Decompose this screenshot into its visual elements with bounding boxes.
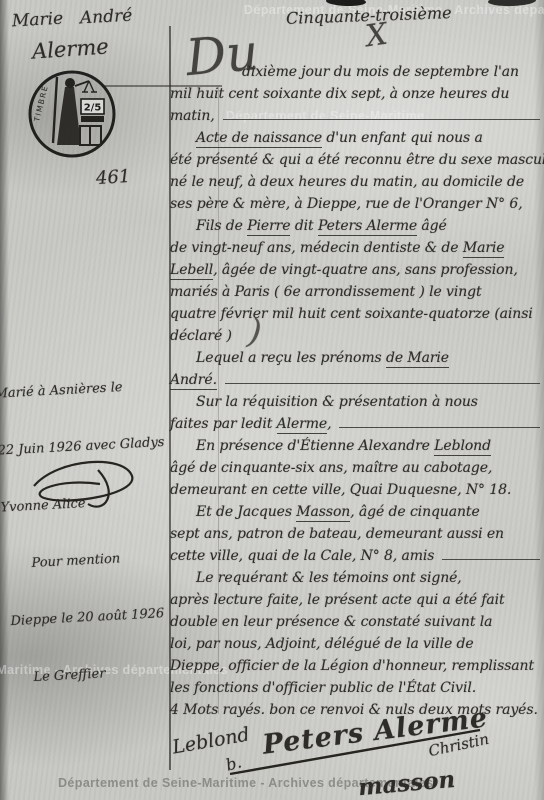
manuscript-line: Le requérant & les témoins ont signé, xyxy=(170,570,542,592)
manuscript-text: Lebell xyxy=(170,262,213,280)
manuscript-text: âgé xyxy=(417,218,447,234)
manuscript-text: après lecture faite, le présent acte qui… xyxy=(170,592,505,608)
manuscript-line: Lequel a reçu les prénoms de Marie xyxy=(170,350,542,372)
margin-given-name-1: Marie xyxy=(12,9,64,32)
manuscript-text: âgé de cinquante-six ans, maître au cabo… xyxy=(170,460,492,476)
manuscript-text: matin, xyxy=(170,108,215,124)
manuscript-text: Masson xyxy=(296,504,350,522)
manuscript-text: Acte de naissance xyxy=(196,130,322,148)
stamp-bar xyxy=(81,116,104,122)
manuscript-text: d'un enfant qui nous a xyxy=(322,130,483,146)
manuscript-line: les fonctions d'officier public de l'Éta… xyxy=(170,680,542,702)
manuscript-line: Acte de naissance d'un enfant qui nous a xyxy=(170,130,542,152)
manuscript-text: En présence d'Étienne Alexandre xyxy=(196,438,434,454)
manuscript-text: ses père & mère, à Dieppe, rue de l'Oran… xyxy=(170,196,523,212)
manuscript-text: demeurant en cette ville, Quai Duquesne,… xyxy=(170,482,511,498)
margin-surname: Alerme xyxy=(31,34,109,63)
manuscript-line: Et de Jacques Masson, âgé de cinquante xyxy=(170,504,542,526)
filler-rule xyxy=(442,559,540,560)
manuscript-line: déclaré ) xyxy=(170,328,542,350)
manuscript-text: Alerme xyxy=(277,416,328,434)
manuscript-text: double en leur présence & constaté suiva… xyxy=(170,614,492,630)
manuscript-line: loi, par nous, Adjoint, délégué de la vi… xyxy=(170,636,542,658)
filler-rule xyxy=(223,119,540,120)
manuscript-line: sept ans, patron de bateau, demeurant au… xyxy=(170,526,542,548)
manuscript-line: âgé de cinquante-six ans, maître au cabo… xyxy=(170,460,542,482)
scanned-birth-act-page: Département de Seine-Maritime - Archives… xyxy=(0,0,544,800)
manuscript-line: né le neuf, à deux heures du matin, au d… xyxy=(170,174,542,196)
manuscript-line: de vingt-neuf ans, médecin dentiste & de… xyxy=(170,240,542,262)
manuscript-line: dixième jour du mois de septembre l'an xyxy=(170,64,542,86)
greffier-signature xyxy=(24,452,156,518)
manuscript-line: Lebell, âgée de vingt-quatre ans, sans p… xyxy=(170,262,542,284)
manuscript-text: né le neuf, à deux heures du matin, au d… xyxy=(170,174,524,190)
manuscript-line: après lecture faite, le présent acte qui… xyxy=(170,592,542,614)
mention-line: Le Greffier xyxy=(9,660,182,688)
manuscript-line: quatre février mil huit cent soixante-qu… xyxy=(170,306,542,328)
manuscript-text: cette ville, quai de la Cale, N° 8, amis xyxy=(170,548,434,564)
manuscript-line: matin, xyxy=(170,108,542,130)
manuscript-text: quatre février mil huit cent soixante-qu… xyxy=(170,306,533,322)
act-body-text: dixième jour du mois de septembre l'anmi… xyxy=(170,64,542,724)
manuscript-text: Pierre xyxy=(247,218,290,236)
manuscript-text: , xyxy=(327,416,331,432)
revenue-stamp: 2/5 TIMBRE xyxy=(26,66,118,162)
manuscript-text: faites par ledit xyxy=(170,416,277,432)
manuscript-text: mariés à Paris ( 6e arrondissement ) le … xyxy=(170,284,482,300)
manuscript-line: mariés à Paris ( 6e arrondissement ) le … xyxy=(170,284,542,306)
manuscript-text: de Marie xyxy=(386,350,449,368)
manuscript-text: Fils de xyxy=(196,218,247,234)
manuscript-text: mil huit cent soixante dix sept, à onze … xyxy=(170,86,509,102)
manuscript-text: , âgée de vingt-quatre ans, sans profess… xyxy=(213,262,518,278)
manuscript-line: André. xyxy=(170,372,542,394)
manuscript-line: mil huit cent soixante dix sept, à onze … xyxy=(170,86,542,108)
manuscript-text: loi, par nous, Adjoint, délégué de la vi… xyxy=(170,636,474,652)
manuscript-text: Le requérant & les témoins ont signé, xyxy=(196,570,462,586)
stamp-value: 2/5 xyxy=(84,103,102,114)
manuscript-line: été présenté & qui a été reconnu être du… xyxy=(170,152,542,174)
manuscript-text: Dieppe, officier de la Légion d'honneur,… xyxy=(170,658,534,674)
manuscript-text: Peters Alerme xyxy=(318,218,417,236)
manuscript-line: Fils de Pierre dit Peters Alerme âgé xyxy=(170,218,542,240)
manuscript-line: faites par ledit Alerme, xyxy=(170,416,542,438)
manuscript-text: les fonctions d'officier public de l'Éta… xyxy=(170,680,476,696)
act-number: 461 xyxy=(95,166,131,189)
manuscript-text: déclaré ) xyxy=(170,328,232,344)
mention-line: Marié à Asnières le xyxy=(0,376,167,404)
mention-line: Dieppe le 20 août 1926 xyxy=(6,603,179,631)
manuscript-text: Et de Jacques xyxy=(196,504,296,520)
manuscript-line: En présence d'Étienne Alexandre Leblond xyxy=(170,438,542,460)
manuscript-line: Dieppe, officier de la Légion d'honneur,… xyxy=(170,658,542,680)
manuscript-line: ses père & mère, à Dieppe, rue de l'Oran… xyxy=(170,196,542,218)
manuscript-text: , âgé de cinquante xyxy=(350,504,479,520)
filler-rule xyxy=(225,383,540,384)
manuscript-text: Leblond xyxy=(434,438,491,456)
manuscript-text: André. xyxy=(170,372,217,390)
manuscript-text: Lequel a reçu les prénoms xyxy=(196,350,386,366)
manuscript-text: de vingt-neuf ans, médecin dentiste & de xyxy=(170,240,463,256)
filler-rule xyxy=(339,427,540,428)
manuscript-text: Sur la réquisition & présentation à nous xyxy=(196,394,478,410)
manuscript-line: Sur la réquisition & présentation à nous xyxy=(170,394,542,416)
manuscript-text: sept ans, patron de bateau, demeurant au… xyxy=(170,526,504,542)
mention-line: Pour mention xyxy=(3,546,176,574)
manuscript-line: double en leur présence & constaté suiva… xyxy=(170,614,542,636)
manuscript-text: dit xyxy=(290,218,317,234)
manuscript-line: demeurant en cette ville, Quai Duquesne,… xyxy=(170,482,542,504)
manuscript-text: Marie xyxy=(463,240,505,258)
manuscript-text: été présenté & qui a été reconnu être du… xyxy=(170,152,544,168)
manuscript-text: dixième jour du mois de septembre l'an xyxy=(242,64,519,80)
marginal-mention: Marié à Asnières le 22 Juin 1926 avec Gl… xyxy=(0,338,184,726)
manuscript-line: cette ville, quai de la Cale, N° 8, amis xyxy=(170,548,542,570)
margin-given-name-2: André xyxy=(80,6,133,29)
